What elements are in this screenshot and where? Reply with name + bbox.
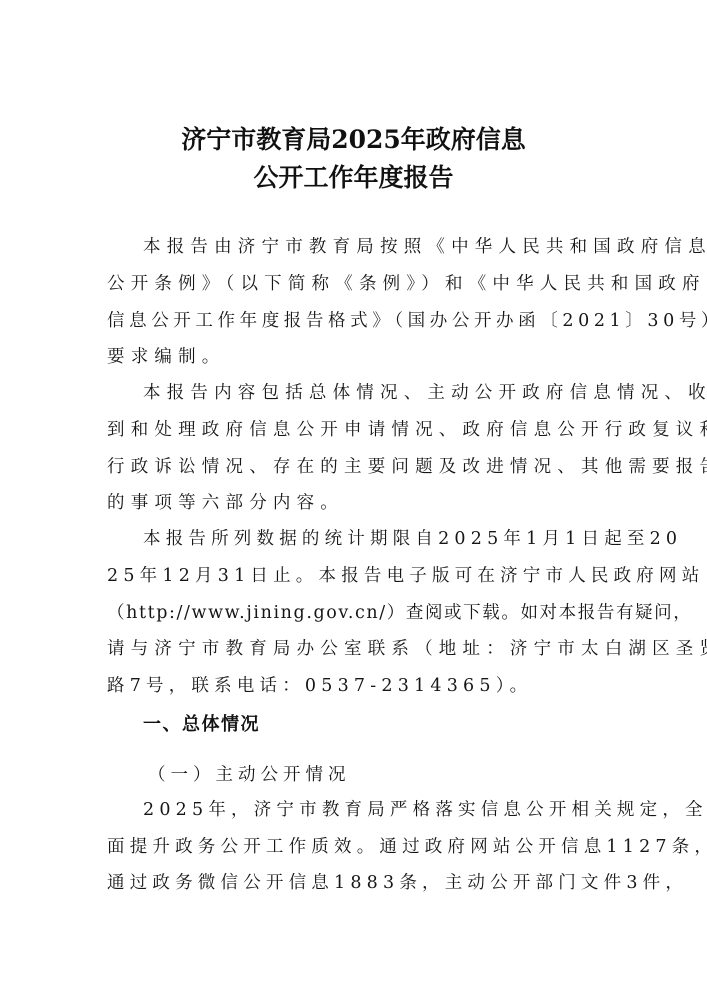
paragraph-2-line-4: 的事项等六部分内容。: [107, 492, 607, 514]
document-title-line-1: 济宁市教育局2025年政府信息: [0, 120, 707, 160]
paragraph-1-line-2: 公开条例》（以下简称《条例》）和《中华人民共和国政府: [107, 273, 607, 295]
subsection-1-line-2: 面提升政务公开工作质效。通过政府网站公开信息1127条，: [107, 836, 607, 858]
paragraph-2-line-1: 本报告内容包括总体情况、主动公开政府信息情况、收: [143, 382, 643, 404]
subsection-heading-proactive-disclosure: （一）主动公开情况: [148, 764, 351, 786]
paragraph-1-line-3: 信息公开工作年度报告格式》（国办公开办函〔2021〕30号）: [107, 310, 607, 332]
paragraph-2-line-2: 到和处理政府信息公开申请情况、政府信息公开行政复议和: [107, 419, 607, 441]
paragraph-3-line-5: 路7号，联系电话：0537-2314365）。: [107, 675, 607, 697]
document-title-line-2: 公开工作年度报告: [0, 158, 707, 198]
paragraph-3-line-2: 25年12月31日止。本报告电子版可在济宁市人民政府网站: [107, 565, 607, 587]
document-page: 济宁市教育局2025年政府信息 公开工作年度报告 本报告由济宁市教育局按照《中华…: [0, 0, 707, 999]
paragraph-3-line-3: （http://www.jining.gov.cn/）查阅或下载。如对本报告有疑…: [107, 602, 607, 624]
paragraph-2-line-3: 行政诉讼情况、存在的主要问题及改进情况、其他需要报告: [107, 456, 607, 478]
subsection-1-line-1: 2025年，济宁市教育局严格落实信息公开相关规定，全: [143, 799, 643, 821]
paragraph-1-line-4: 要求编制。: [107, 346, 607, 368]
paragraph-1-line-1: 本报告由济宁市教育局按照《中华人民共和国政府信息: [143, 236, 643, 258]
subsection-1-line-3: 通过政务微信公开信息1883条，主动公开部门文件3件，: [107, 872, 607, 894]
paragraph-3-line-4: 请与济宁市教育局办公室联系（地址：济宁市太白湖区圣贤: [107, 638, 607, 660]
paragraph-3-line-1: 本报告所列数据的统计期限自2025年1月1日起至20: [143, 528, 643, 550]
section-heading-overall: 一、总体情况: [143, 713, 260, 737]
